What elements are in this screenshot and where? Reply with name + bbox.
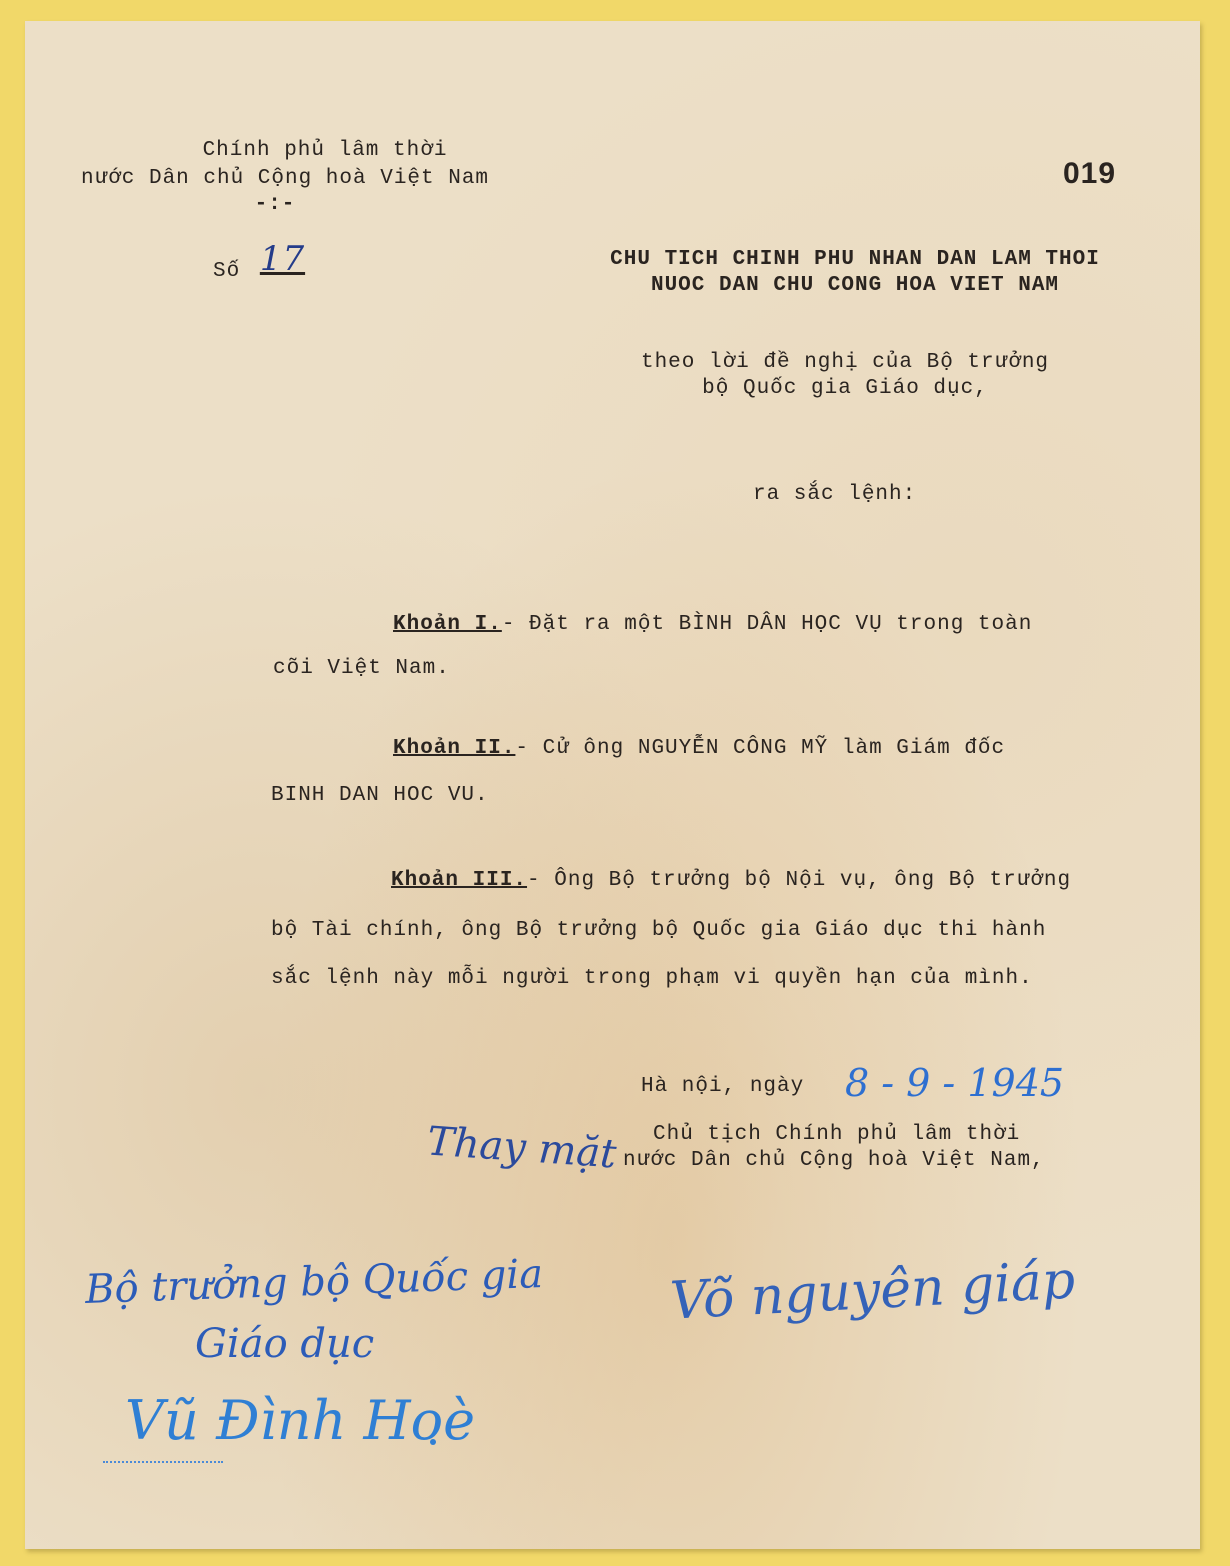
title-line2: NUOC DAN CHU CONG HOA VIET NAM <box>565 274 1145 297</box>
signatory-line1: Chủ tịch Chính phủ lâm thời <box>653 1123 1020 1146</box>
article-1-label: Khoản I. <box>393 613 502 636</box>
header-separator: -:- <box>225 193 325 216</box>
place-date-label: Hà nội, ngày <box>641 1075 804 1098</box>
handwritten-minister-line2: Giáo dục <box>195 1321 374 1367</box>
article-3-label: Khoản III. <box>391 869 527 892</box>
signature-dot <box>430 1439 436 1445</box>
article-3-text: - Ông Bộ trưởng bộ Nội vụ, ông Bộ trưởng <box>527 869 1071 892</box>
handwritten-minister-line1: Bộ trưởng bộ Quốc gia <box>84 1251 543 1313</box>
article-2-label: Khoản II. <box>393 737 515 760</box>
document-number-label: Số <box>213 260 240 283</box>
header-government-line2: nước Dân chủ Cộng hoà Việt Nam <box>35 167 535 190</box>
signature-vu-dinh-hoe: Vũ Đình Hoè <box>125 1389 475 1452</box>
preamble-line1: theo lời đề nghị của Bộ trưởng <box>585 351 1105 374</box>
article-3-line3: sắc lệnh này mỗi người trong phạm vi quy… <box>271 967 1033 990</box>
handwritten-date: 8 - 9 - 1945 <box>845 1061 1064 1105</box>
article-1-line1: Khoản I.- Đặt ra một BÌNH DÂN HỌC VỤ tro… <box>393 613 1032 636</box>
document-number: Số 17 <box>213 245 305 285</box>
handwritten-on-behalf: Thay mặt <box>426 1118 618 1177</box>
article-1-text: - Đặt ra một BÌNH DÂN HỌC VỤ trong toàn <box>502 613 1032 636</box>
article-2-line2: BINH DAN HOC VU. <box>271 784 489 807</box>
title-line1: CHU TICH CHINH PHU NHAN DAN LAM THOI <box>565 248 1145 271</box>
signature-vo-nguyen-giap: Võ nguyên giáp <box>669 1250 1077 1331</box>
article-2-line1: Khoản II.- Cử ông NGUYỄN CÔNG MỸ làm Giá… <box>393 737 1005 760</box>
document-paper: Chính phủ lâm thời nước Dân chủ Cộng hoà… <box>25 21 1200 1549</box>
faint-handwritten-mark <box>103 1461 223 1466</box>
article-2-text: - Cử ông NGUYỄN CÔNG MỸ làm Giám đốc <box>515 737 1005 760</box>
page-number: 019 <box>1063 157 1116 191</box>
preamble-line2: bộ Quốc gia Giáo dục, <box>585 377 1105 400</box>
decree-intro: ra sắc lệnh: <box>753 483 916 506</box>
header-government-line1: Chính phủ lâm thời <box>135 139 515 162</box>
article-3-line2: bộ Tài chính, ông Bộ trưởng bộ Quốc gia … <box>271 919 1046 942</box>
document-number-value: 17 <box>260 239 305 279</box>
article-1-line2: cõi Việt Nam. <box>273 657 450 680</box>
signatory-line2: nước Dân chủ Cộng hoà Việt Nam, <box>623 1149 1045 1172</box>
article-3-line1: Khoản III.- Ông Bộ trưởng bộ Nội vụ, ông… <box>391 869 1071 892</box>
